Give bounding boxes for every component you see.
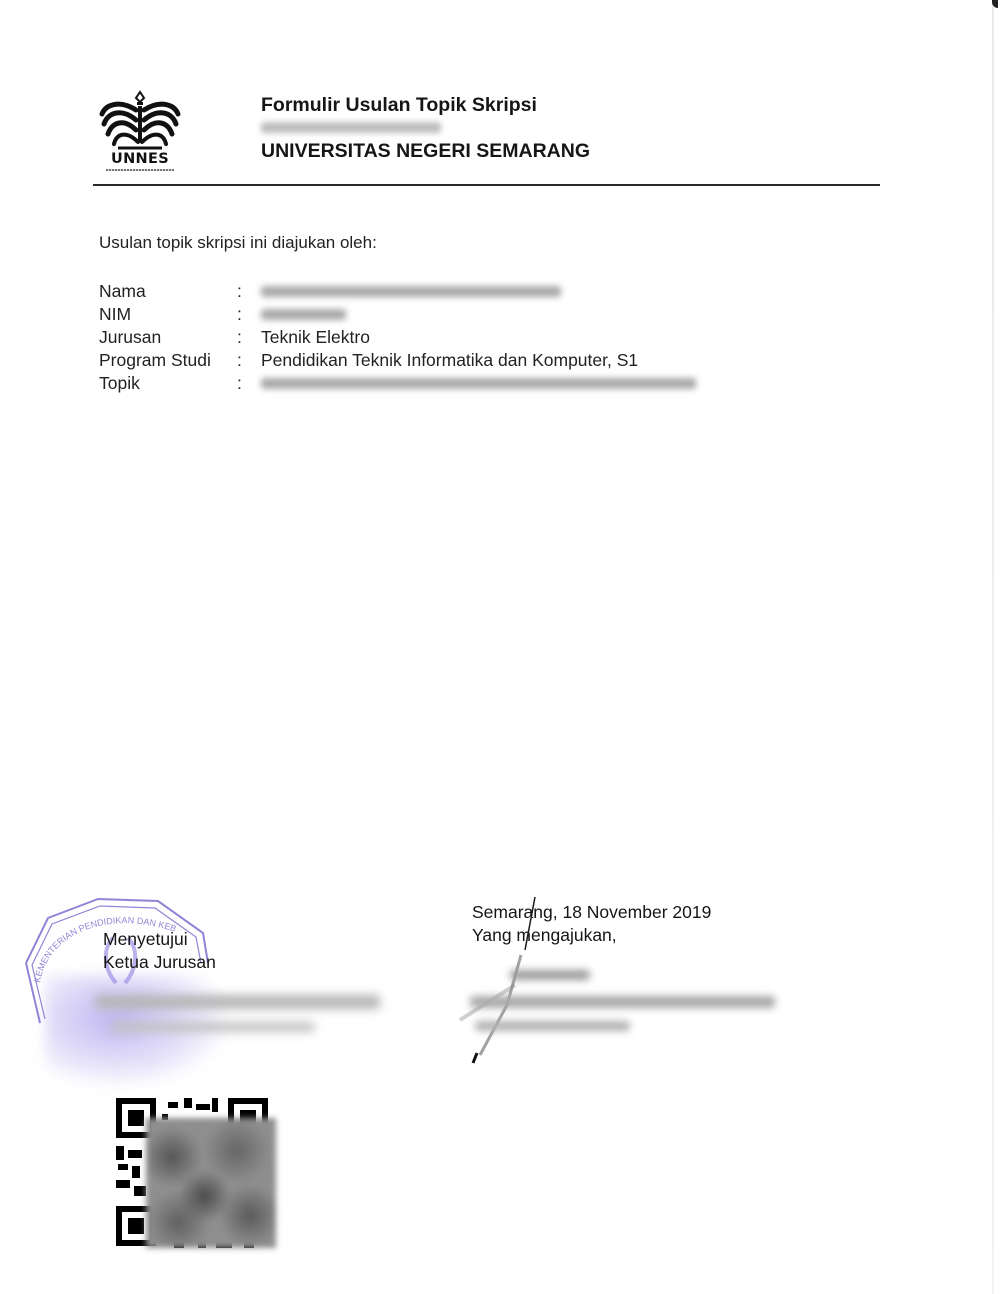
field-label: Jurusan xyxy=(99,326,237,349)
field-value-redacted xyxy=(261,280,561,303)
student-name-redacted xyxy=(470,996,775,1008)
field-colon: : xyxy=(237,326,261,349)
field-colon: : xyxy=(237,372,261,395)
department-head-name-redacted xyxy=(95,995,380,1009)
department-head-id-redacted xyxy=(110,1022,315,1032)
field-value-redacted xyxy=(261,372,696,395)
document-header: Formulir Usulan Topik Skripsi UNIVERSITA… xyxy=(261,93,590,163)
field-label: NIM xyxy=(99,303,237,326)
applicant-fields: Nama : NIM : Jurusan : Teknik Elektro Pr… xyxy=(99,280,696,395)
unnes-emblem-icon xyxy=(98,90,182,152)
page-edge xyxy=(992,0,994,1294)
field-row-nim: NIM : xyxy=(99,303,696,326)
signature-icon xyxy=(455,895,575,1065)
form-title: Formulir Usulan Topik Skripsi xyxy=(261,93,590,117)
field-row-jurusan: Jurusan : Teknik Elektro xyxy=(99,326,696,349)
university-name: UNIVERSITAS NEGERI SEMARANG xyxy=(261,139,590,163)
form-code-redacted xyxy=(261,122,441,133)
header-divider xyxy=(93,184,880,186)
field-label: Nama xyxy=(99,280,237,303)
field-colon: : xyxy=(237,349,261,372)
field-value-redacted xyxy=(261,303,346,326)
qr-code-redacted xyxy=(146,1118,276,1248)
field-row-nama: Nama : xyxy=(99,280,696,303)
signature-scribble xyxy=(510,970,590,980)
field-label: Program Studi xyxy=(99,349,237,372)
student-nim-redacted xyxy=(475,1021,630,1031)
logo-text: UNNES xyxy=(98,151,182,167)
field-colon: : xyxy=(237,303,261,326)
unnes-logo: UNNES xyxy=(98,90,182,174)
field-row-program-studi: Program Studi : Pendidikan Teknik Inform… xyxy=(99,349,696,372)
approval-line-1: Menyetujui xyxy=(103,928,216,951)
field-value: Teknik Elektro xyxy=(261,326,370,349)
approval-line-2: Ketua Jurusan xyxy=(103,951,216,974)
field-row-topik: Topik : xyxy=(99,372,696,395)
field-colon: : xyxy=(237,280,261,303)
field-label: Topik xyxy=(99,372,237,395)
intro-text: Usulan topik skripsi ini diajukan oleh: xyxy=(99,233,377,253)
field-value: Pendidikan Teknik Informatika dan Komput… xyxy=(261,349,638,372)
logo-motto xyxy=(106,169,174,171)
approval-block: Menyetujui Ketua Jurusan xyxy=(103,928,216,974)
